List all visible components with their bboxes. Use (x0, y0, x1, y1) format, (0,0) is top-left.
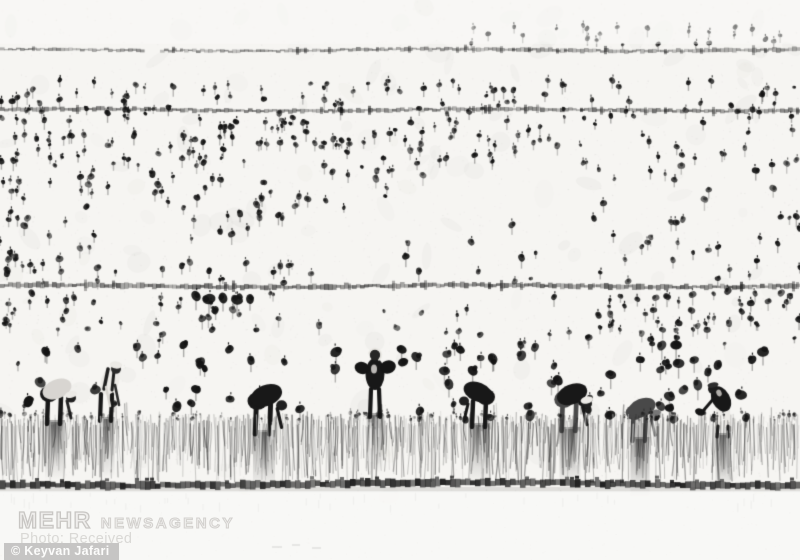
watermark: MEHR NEWSAGENCY (18, 507, 235, 534)
paddy-field-photo: MEHR NEWSAGENCY Photo: Received © Keyvan… (0, 0, 800, 560)
watermark-author-chip: © Keyvan Jafari (4, 543, 119, 560)
photo-canvas (0, 0, 800, 560)
watermark-brand: MEHR (18, 507, 92, 534)
watermark-agency: NEWSAGENCY (101, 515, 235, 532)
